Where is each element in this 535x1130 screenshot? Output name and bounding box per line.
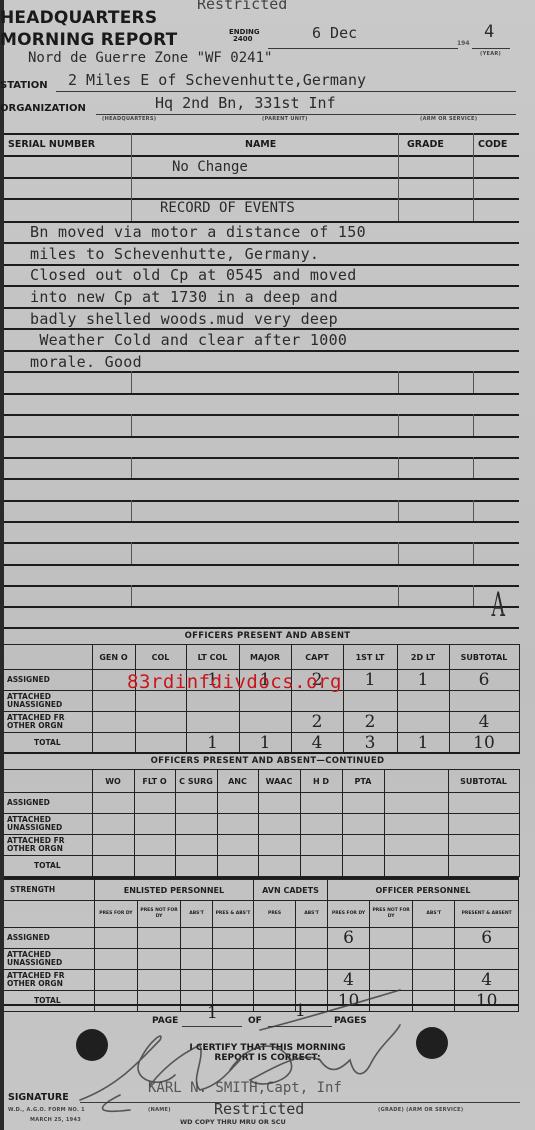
caption-name: (NAME) bbox=[148, 1107, 171, 1113]
signature-label: SIGNATURE bbox=[8, 1092, 69, 1103]
restricted-stamp-bottom: Restricted bbox=[214, 1100, 304, 1118]
caption-grade-arm: (GRADE) (ARM OR SERVICE) bbox=[378, 1107, 463, 1113]
form-date: MARCH 25, 1943 bbox=[30, 1117, 81, 1123]
form-number: W.D., A.G.O. FORM NO. 1 bbox=[8, 1107, 85, 1113]
wd-copy-note: WD COPY THRU MRU OR SCU bbox=[180, 1118, 286, 1126]
morning-report-page: Restricted HEADQUARTERS MORNING REPORT E… bbox=[0, 0, 535, 1130]
